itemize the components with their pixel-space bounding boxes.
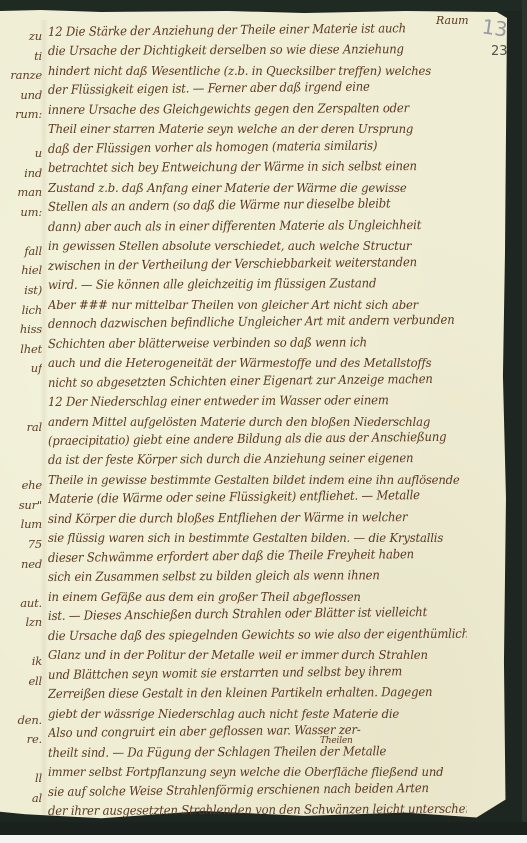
manuscript-line: die Ursache der Dichtigkeit derselben so… <box>48 41 467 58</box>
manuscript-line: Zustand z.b. daß Anfang einer Materie de… <box>48 180 467 195</box>
margin-line-fragment: re. <box>0 732 42 746</box>
margin-line-fragment: ist) <box>0 283 42 297</box>
manuscript-line: immer selbst Fortpflanzung seyn welche d… <box>48 764 467 779</box>
manuscript-line: Schichten aber blätterweise verbinden so… <box>48 333 467 350</box>
margin-line-fragment: ell <box>0 674 42 688</box>
margin-line-fragment: ranze <box>0 68 42 82</box>
manuscript-line: sie flüssig waren sich in bestimmte Gest… <box>48 530 467 545</box>
margin-line-fragment: zu <box>0 29 42 43</box>
manuscript-line: innere Ursache des Gleichgewichts gegen … <box>48 100 467 117</box>
margin-line-fragment: lum <box>0 517 42 531</box>
frame-bottom-edge <box>0 822 527 836</box>
manuscript-line: Theile in gewisse bestimmte Gestalten bi… <box>48 472 467 487</box>
margin-line-fragment: hiss <box>0 322 42 336</box>
manuscript-line: in einem Gefäße aus dem ein großer Theil… <box>48 589 467 604</box>
margin-line-fragment: den. <box>0 713 42 727</box>
manuscript-line: auch und die Heterogeneität der Wärmesto… <box>48 355 467 370</box>
margin-line-fragment: man <box>0 185 42 199</box>
margin-line-fragment: uf <box>0 361 42 375</box>
margin-line-fragment: um: <box>0 205 42 219</box>
margin-line-fragment: ind <box>0 166 42 180</box>
margin-line-fragment: lzn <box>0 615 42 629</box>
manuscript-line: Theil einer starren Materie seyn welche … <box>48 121 467 136</box>
pencil-folio-number: 13 <box>480 14 509 41</box>
manuscript-line: andern Mittel aufgelösten Materie durch … <box>48 414 467 429</box>
margin-line-fragment: ehe <box>0 478 42 492</box>
manuscript-line: in gewissen Stellen absolute verschiedet… <box>48 238 467 253</box>
margin-line-fragment: ll <box>0 771 42 785</box>
manuscript-line: Aber ### nur mittelbar Theilen von gleic… <box>48 297 467 312</box>
manuscript-line: wird. — Sie können alle gleichzeitig im … <box>48 275 467 292</box>
margin-line-fragment: lhet <box>0 342 42 356</box>
manuscript-line: giebt der wässrige Niederschlag auch nic… <box>48 706 467 721</box>
margin-line-fragment: fall <box>0 244 42 258</box>
folio-number: 23 <box>491 44 508 59</box>
manuscript-line: betrachtet sich bey Entweichung der Wärm… <box>48 158 467 175</box>
margin-line-fragment: ik <box>0 654 42 668</box>
frame-right-edge <box>522 0 527 835</box>
margin-line-fragment: hiel <box>0 263 42 277</box>
frame-top-edge <box>0 0 527 11</box>
manuscript-line: sind Körper die durch bloßes Entfliehen … <box>48 509 467 526</box>
margin-line-fragment: sur" <box>0 498 42 512</box>
manuscript-line: Glanz und in der Politur der Metalle wei… <box>48 647 467 662</box>
manuscript-line: die Ursache daß des spiegelnden Gewichts… <box>48 626 467 643</box>
scan-bottom-strip <box>0 835 527 843</box>
manuscript-line: sich ein Zusammen selbst zu bilden gleic… <box>48 567 467 584</box>
margin-line-fragment: aut. <box>0 596 42 610</box>
margin-line-fragment: u <box>0 146 42 160</box>
margin-line-fragment: al <box>0 791 42 805</box>
margin-line-fragment: ned <box>0 557 42 571</box>
margin-line-fragment: ral <box>0 420 42 434</box>
margin-line-fragment: 75 <box>0 537 42 551</box>
margin-line-fragment: ti <box>0 49 42 63</box>
margin-line-fragment: und <box>0 88 42 102</box>
interlinear-insertion: Theilen <box>320 736 380 746</box>
margin-line-fragment: rum: <box>0 107 42 121</box>
manuscript-line: der ihrer ausgesetzten Strahlenden von d… <box>48 801 467 818</box>
manuscript-line: Zerreißen diese Gestalt in den kleinen P… <box>48 684 467 701</box>
manuscript-line: theilt sind. — Da Fügung der Schlagen Th… <box>48 742 467 759</box>
manuscript-line: da ist der feste Körper sich durch die A… <box>48 450 467 467</box>
margin-line-fragment: lich <box>0 303 42 317</box>
manuscript-line: hindert nicht daß Wesentliche (z.b. in Q… <box>48 63 467 78</box>
manuscript-line: dann) aber auch als in einer differenten… <box>48 217 467 234</box>
manuscript-line: 12 Der Niederschlag einer entweder im Wa… <box>48 392 467 409</box>
